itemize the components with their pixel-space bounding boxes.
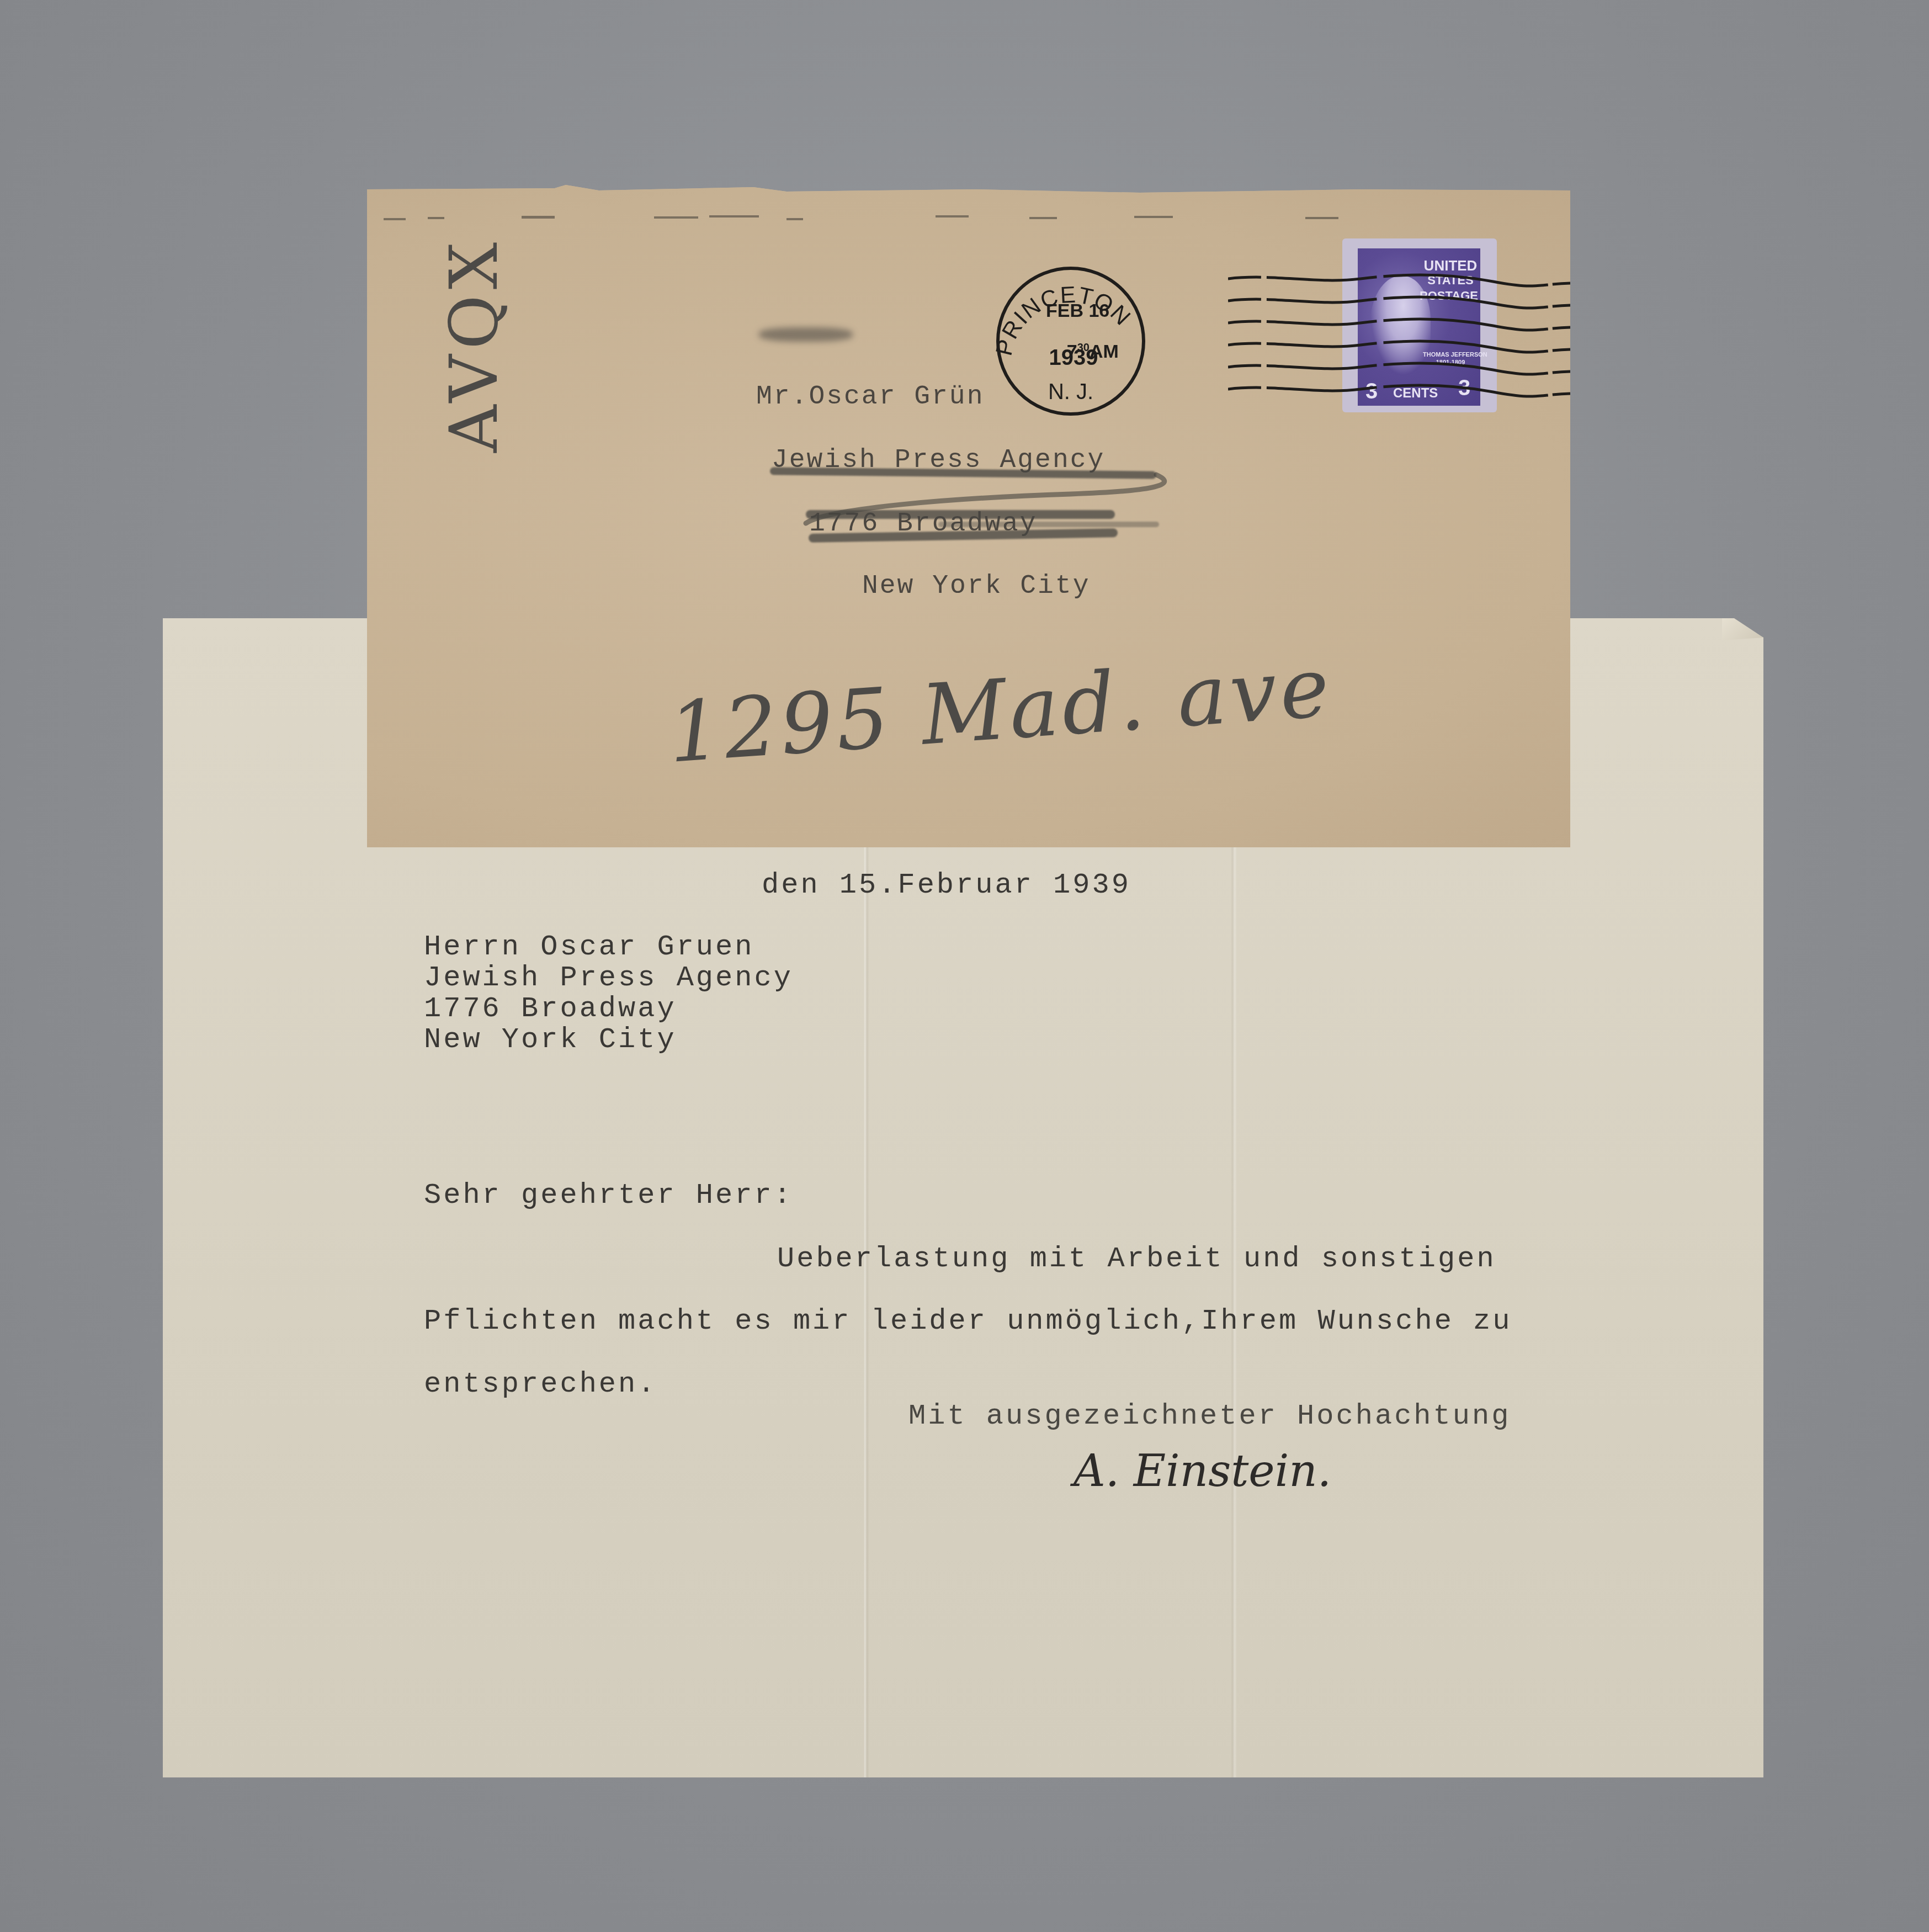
letter-closing: Mit ausgezeichneter Hochachtung [908, 1402, 1511, 1431]
strikethrough-line [806, 510, 1115, 519]
letter-date: den 15.Februar 1939 [762, 871, 1131, 900]
postmark-state: N. J. [1038, 381, 1104, 403]
address-line: 1776 Broadway [424, 995, 677, 1023]
strikethrough-scribble-icon [762, 464, 1181, 530]
body-line: Ueberlastung mit Arbeit und sonstigen [777, 1245, 1496, 1273]
ink-smudge [759, 327, 853, 342]
postmark-year: 1939 [1046, 347, 1101, 369]
postmark-date: FEB 16 [1046, 301, 1101, 320]
address-line: Herrn Oscar Gruen [424, 933, 754, 962]
address-line: Jewish Press Agency [424, 964, 793, 992]
signature: A. Einstein. [1074, 1445, 1331, 1496]
letter-salutation: Sehr geehrter Herr: [424, 1181, 793, 1210]
postmark: PRINCETON FEB 16 730AM 1939 N. J. [993, 264, 1148, 418]
address-line: New York City [424, 1026, 677, 1054]
strikethrough-line [938, 522, 1159, 527]
envelope-recipient: Mr.Oscar Grün [756, 384, 984, 410]
folded-corner [1722, 618, 1763, 640]
handwritten-margin-note: AVQX [436, 237, 513, 453]
body-line: entsprechen. [424, 1370, 657, 1399]
envelope-city: New York City [862, 573, 1090, 599]
cancellation-wavy-lines-icon [1228, 268, 1570, 406]
body-line: Pflichten macht es mir leider unmöglich,… [424, 1307, 1512, 1336]
torn-edge-marks-icon [367, 185, 1570, 229]
